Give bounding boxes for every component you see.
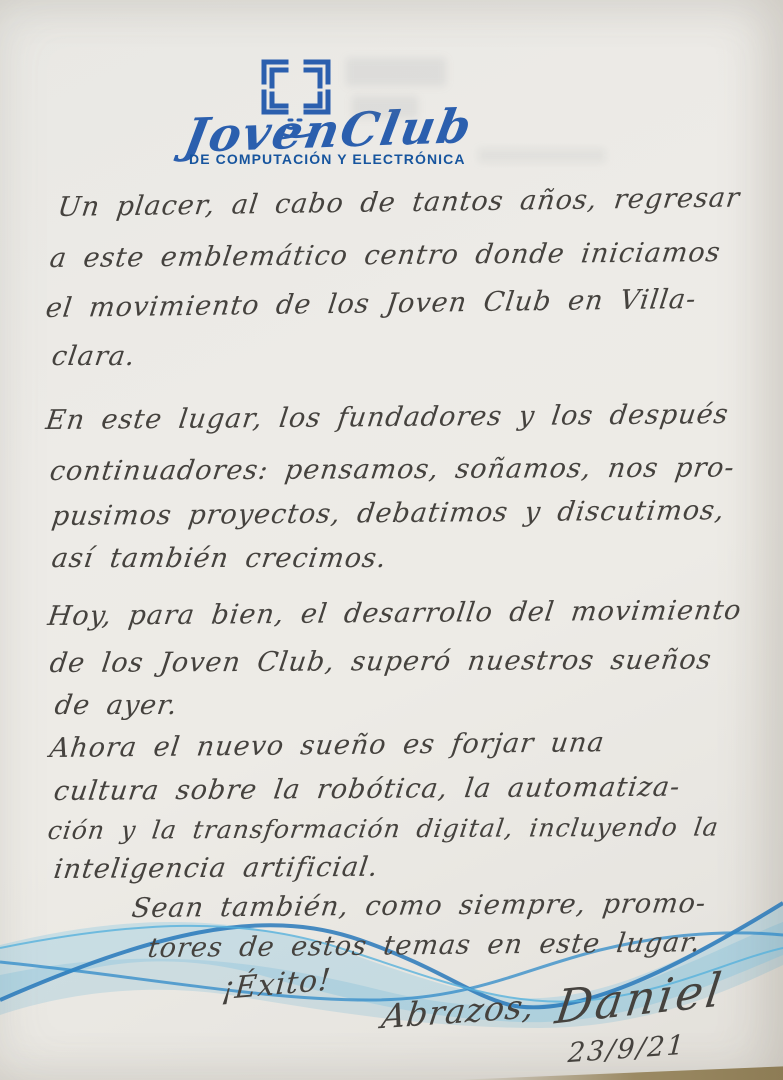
handwritten-line: inteligencia artificial. [52,852,381,885]
handwritten-line: tores de estos temas en este lugar. [146,927,703,964]
handwritten-line: el movimiento de los Joven Club en Villa… [44,284,698,324]
handwritten-line: Un placer, al cabo de tantos años, regre… [56,182,742,223]
handwritten-line: En este lugar, los fundadores y los desp… [44,399,731,436]
letter-photo: JovenClub DE COMPUTACIÓN Y ELECTRÓNICA U… [0,0,783,1080]
handwritten-line: de ayer. [53,690,180,721]
handwritten-line: Sean también, como siempre, promo- [130,888,708,924]
handwritten-line: continuadores: pensamos, soñamos, nos pr… [48,452,737,487]
handwritten-line: cultura sobre la robótica, la automatiza… [52,772,682,807]
bleed-through-mark [352,96,418,118]
handwritten-line: Ahora el nuevo sueño es forjar una [48,727,607,764]
handwritten-line: así también crecimos. [50,543,389,574]
handwritten-line: a este emblemático centro donde iniciamo… [48,237,723,274]
handwritten-line: de los Joven Club, superó nuestros sueño… [48,645,714,679]
handwritten-line: clara. [50,341,138,372]
brand-tagline: DE COMPUTACIÓN Y ELECTRÓNICA [189,151,466,167]
bleed-through-mark [346,58,446,86]
date-handwritten: 23/9/21 [567,1030,687,1069]
handwritten-line: Hoy, para bien, el desarrollo del movimi… [46,595,744,632]
handwritten-line: ción y la transformación digital, incluy… [46,812,721,845]
bleed-through-mark [478,148,606,163]
handwritten-line: pusimos proyectos, debatimos y discutimo… [50,495,727,532]
table-edge [453,1064,783,1080]
